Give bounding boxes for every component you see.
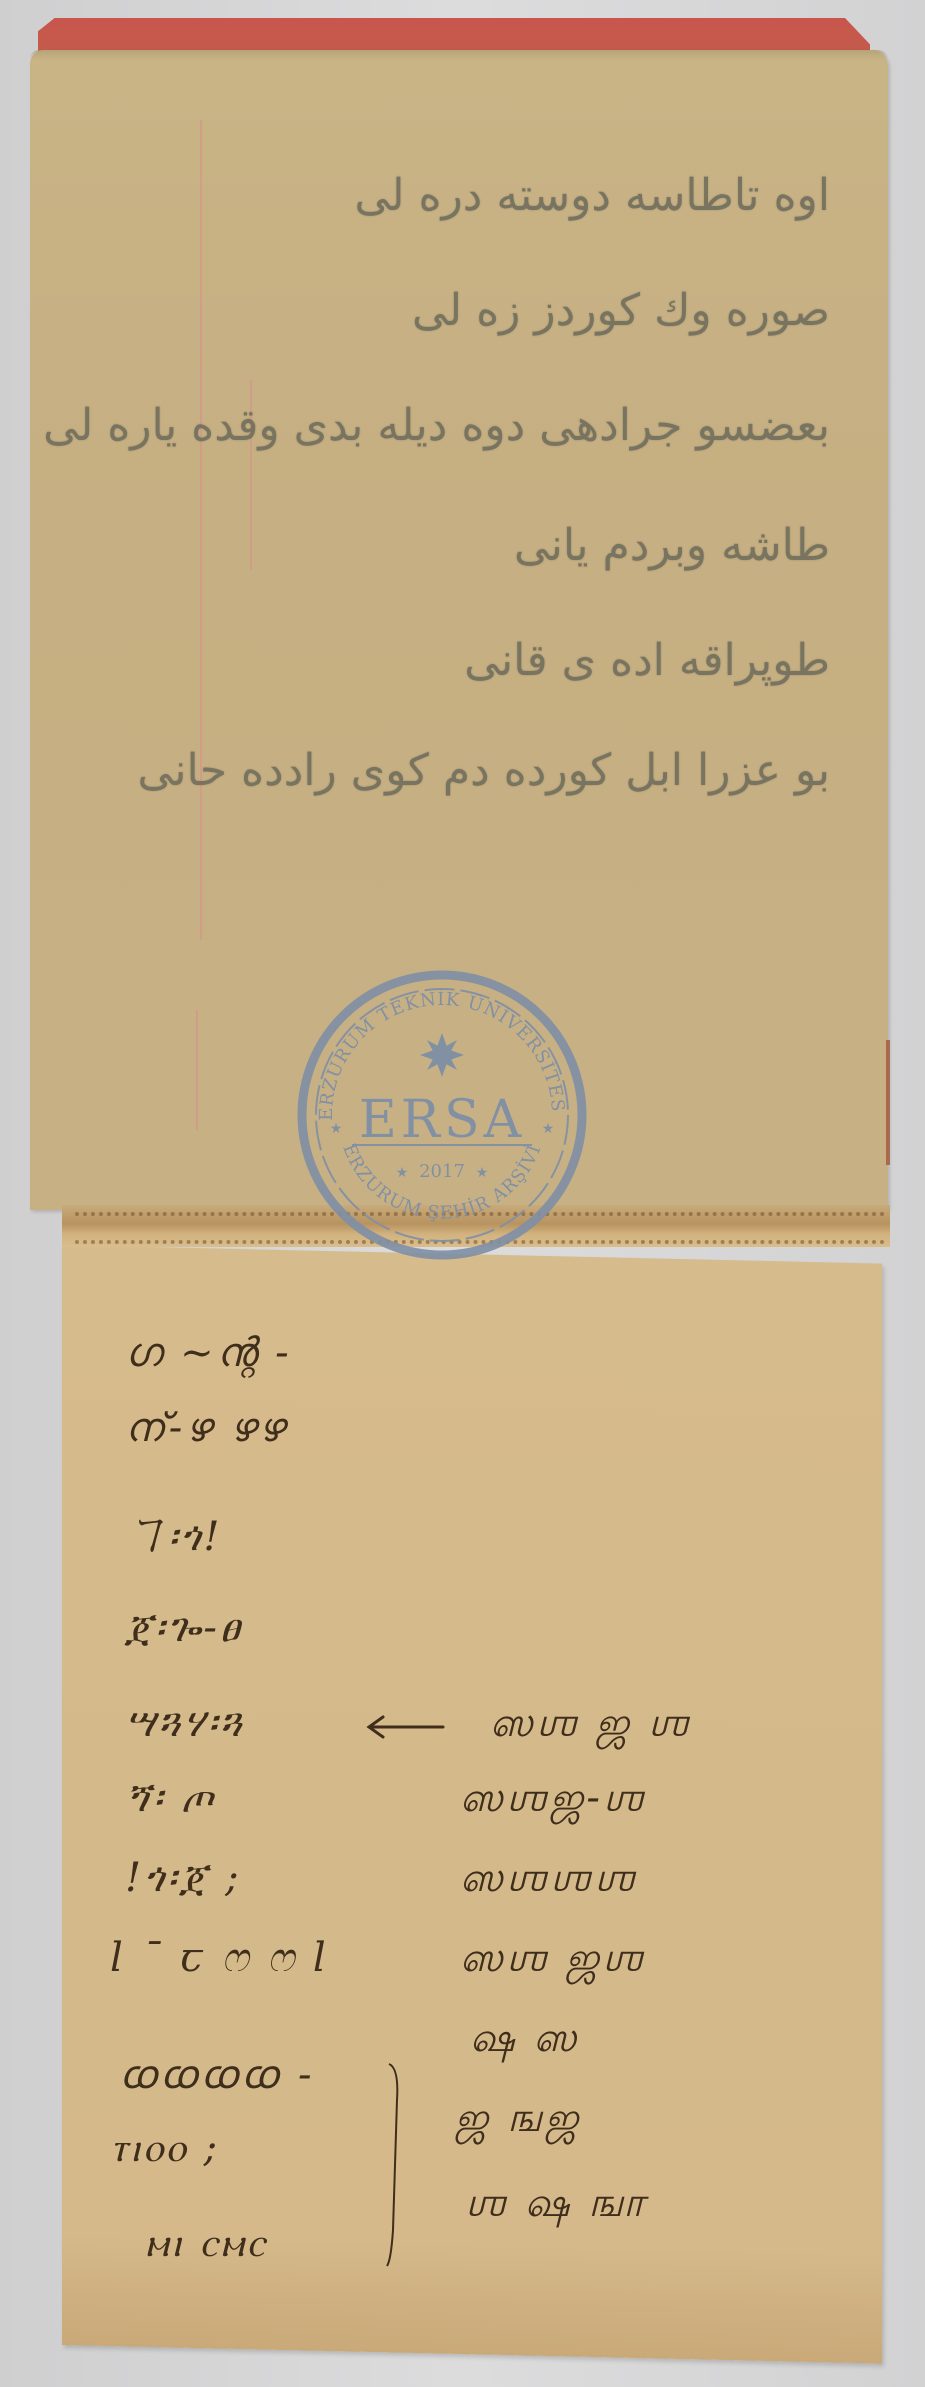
handwritten-line-5: طوپراقه اده ی قانی xyxy=(464,635,830,686)
shorthand-left-3: ヿ፡ጎ! xyxy=(125,1505,222,1562)
pink-mark xyxy=(196,1010,198,1130)
shorthand-left-5: ሣጓሃ፡ጓ xyxy=(125,1700,245,1746)
shorthand-left-7: !ጎ፡ጀ ; xyxy=(125,1855,242,1901)
shorthand-right-1: ஸஶ ஜ ஶ xyxy=(490,1700,692,1751)
handwritten-line-3: بعضسو جرادهی دوه دیله بدی وقده یاره لی xyxy=(43,400,830,451)
shorthand-right-4: ஸஶ ஜஶ xyxy=(460,1935,646,1986)
stamp-year: 2017 xyxy=(419,1161,465,1182)
shorthand-left-8: ⅼ ˉ ꞇ ෆ ෆ ⅼ xyxy=(110,1935,329,1981)
shorthand-left-9: ꭃꭃꭃꭃ - xyxy=(120,2045,314,2100)
handwritten-line-1: اوه تاطاسه دوسته دره لی xyxy=(354,170,830,221)
shorthand-left-2: ന്‌-ഴ ഴ‌ഴ xyxy=(125,1405,287,1451)
svg-text:ERZURUM ŞEHİR ARŞİVİ: ERZURUM ŞEHİR ARŞİVİ xyxy=(338,1141,545,1224)
stamp-star-icon: ★ xyxy=(396,1165,409,1181)
handwritten-line-4: طاشه وبردم یانی xyxy=(514,520,830,571)
arrow-left-icon xyxy=(365,1712,445,1742)
stamp-center-text: ERSA xyxy=(359,1090,525,1150)
snowflake-emblem-icon xyxy=(420,1033,464,1077)
shorthand-right-5: ஷ ஸ xyxy=(470,2015,579,2066)
stamp-bottom-arc: ERZURUM ŞEHİR ARŞİVİ xyxy=(338,1141,545,1224)
shorthand-left-4: ጀ፡ጐ-ፀ xyxy=(125,1605,243,1651)
handwritten-line-2: صوره وك كوردز زه لی xyxy=(412,285,830,336)
shorthand-right-2: ஸஶஜ-ஶ xyxy=(460,1775,647,1826)
shorthand-left-10: ⲧⲓⲟⲟ ; xyxy=(110,2125,220,2171)
stamp-star-icon: ★ xyxy=(330,1121,343,1137)
stamp-star-icon: ★ xyxy=(476,1165,489,1181)
bracket-line xyxy=(385,2060,405,2270)
stamp-star-icon: ★ xyxy=(542,1121,555,1137)
archive-stamp: ERZURUM TEKNİK ÜNİVERSİTESİ ERZURUM ŞEHİ… xyxy=(292,965,592,1265)
pink-mark xyxy=(200,120,202,940)
shorthand-left-1: ഗ ~ന്റ - xyxy=(125,1330,292,1376)
shorthand-left-11: ⲙⲓ ⲥⲙⲥ xyxy=(145,2220,267,2266)
top-page-edge xyxy=(30,50,888,60)
shorthand-right-6: ஜ ஙஜ xyxy=(455,2095,581,2146)
shorthand-right-3: ஸஶஶஶ xyxy=(460,1855,638,1906)
cover-spine-strip xyxy=(886,1040,890,1165)
shorthand-right-7: ஶ ஷ ஙா xyxy=(465,2180,647,2231)
shorthand-left-6: ጞ፡ ጦ xyxy=(125,1775,216,1821)
handwritten-line-6: بو عزرا ابل كورده دم كوی رادده حانی xyxy=(138,745,830,796)
